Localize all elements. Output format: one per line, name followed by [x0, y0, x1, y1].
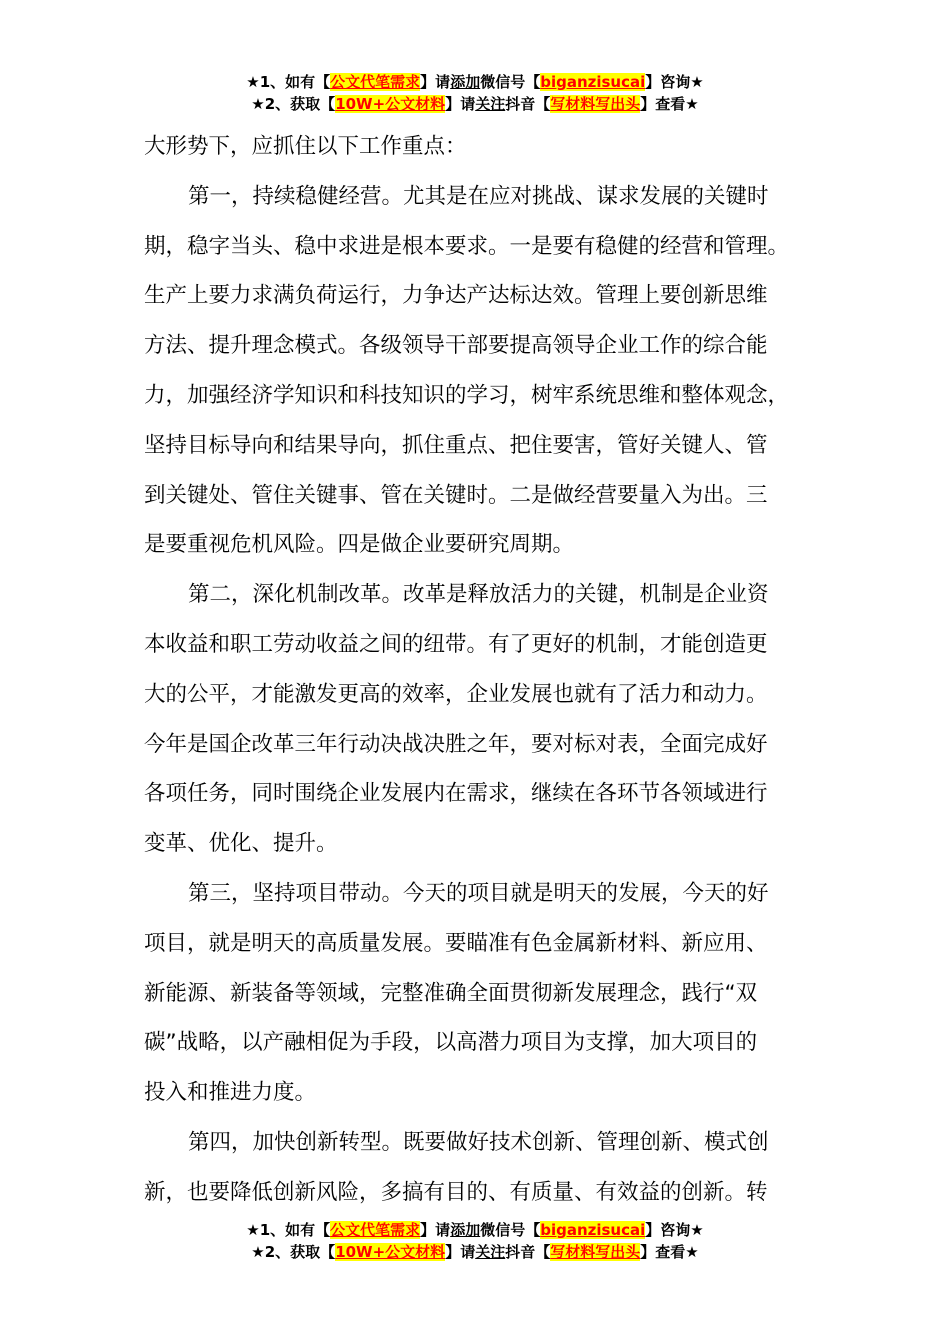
text-line: 第二，深化机制改革。改革是释放活力的关键，机制是企业资 — [144, 570, 834, 620]
header-banner: ★1、如有【公文代笔需求】请添加微信号【biganzisucai】咨询★ ★2、… — [0, 71, 950, 115]
highlight-wechat-id: biganzisucai — [540, 73, 645, 91]
text-line: 新能源、新装备等领域，完整准确全面贯彻新发展理念，践行“双 — [144, 969, 834, 1019]
text-line: 是要重视危机风险。四是做企业要研究周期。 — [144, 520, 834, 570]
paragraph-first: 第一，持续稳健经营。尤其是在应对挑战、谋求发展的关键时 期，稳字当头、稳中求进是… — [144, 172, 834, 570]
text-line: 第三，坚持项目带动。今天的项目就是明天的发展，今天的好 — [144, 869, 834, 919]
text-line: 方法、提升理念模式。各级领导干部要提高领导企业工作的综合能 — [144, 321, 834, 371]
text-line: 今年是国企改革三年行动决战决胜之年，要对标对表，全面完成好 — [144, 720, 834, 770]
text-line: 新，也要降低创新风险，多搞有目的、有质量、有效益的创新。转 — [144, 1168, 834, 1218]
text-line: 第四，加快创新转型。既要做好技术创新、管理创新、模式创 — [144, 1118, 834, 1168]
text-line: 大的公平，才能激发更高的效率，企业发展也就有了活力和动力。 — [144, 670, 834, 720]
underlined-add: 添加 — [450, 73, 480, 91]
paragraph-second: 第二，深化机制改革。改革是释放活力的关键，机制是企业资 本收益和职工劳动收益之间… — [144, 570, 834, 869]
banner-text: 】请 — [420, 1221, 450, 1239]
text-line: 坚持目标导向和结果导向，抓住重点、把住要害，管好关键人、管 — [144, 421, 834, 471]
banner-text: 抖音【 — [505, 1243, 550, 1261]
highlight-materials: 10W+公文材料 — [335, 95, 445, 113]
text-line: 生产上要力求满负荷运行，力争达产达标达效。管理上要创新思维 — [144, 271, 834, 321]
text-line: 大形势下，应抓住以下工作重点： — [144, 122, 834, 172]
paragraph-fourth: 第四，加快创新转型。既要做好技术创新、管理创新、模式创 新，也要降低创新风险，多… — [144, 1118, 834, 1218]
banner-text: 】请 — [420, 73, 450, 91]
highlight-ghostwriting: 公文代笔需求 — [330, 1221, 420, 1239]
underlined-add: 添加 — [450, 1221, 480, 1239]
header-banner-line-1: ★1、如有【公文代笔需求】请添加微信号【biganzisucai】咨询★ — [0, 71, 950, 93]
text-line: 项目，就是明天的高质量发展。要瞄准有色金属新材料、新应用、 — [144, 919, 834, 969]
banner-text: ★2、获取【 — [251, 1243, 335, 1261]
banner-text: 】查看★ — [640, 1243, 698, 1261]
text-line: 本收益和职工劳动收益之间的纽带。有了更好的机制，才能创造更 — [144, 620, 834, 670]
text-line: 碳”战略，以产融相促为手段，以高潜力项目为支撑，加大项目的 — [144, 1018, 834, 1068]
banner-text: 】请 — [445, 95, 475, 113]
header-banner-line-2: ★2、获取【10W+公文材料】请关注抖音【写材料写出头】查看★ — [0, 93, 950, 115]
highlight-douyin-account: 写材料写出头 — [550, 95, 640, 113]
banner-text: ★1、如有【 — [246, 73, 330, 91]
banner-text: 】咨询★ — [645, 73, 703, 91]
text-line: 期，稳字当头、稳中求进是根本要求。一是要有稳健的经营和管理。 — [144, 222, 834, 272]
text-line: 第一，持续稳健经营。尤其是在应对挑战、谋求发展的关键时 — [144, 172, 834, 222]
banner-text: 抖音【 — [505, 95, 550, 113]
highlight-ghostwriting: 公文代笔需求 — [330, 73, 420, 91]
banner-text: 】查看★ — [640, 95, 698, 113]
text-line: 各项任务，同时围绕企业发展内在需求，继续在各环节各领域进行 — [144, 769, 834, 819]
highlight-wechat-id: biganzisucai — [540, 1221, 645, 1239]
text-line: 到关键处、管住关键事、管在关键时。二是做经营要量入为出。三 — [144, 471, 834, 521]
footer-banner-line-2: ★2、获取【10W+公文材料】请关注抖音【写材料写出头】查看★ — [0, 1241, 950, 1263]
text-line: 投入和推进力度。 — [144, 1068, 834, 1118]
text-line: 力，加强经济学知识和科技知识的学习，树牢系统思维和整体观念， — [144, 371, 834, 421]
banner-text: 微信号【 — [480, 73, 540, 91]
highlight-douyin-account: 写材料写出头 — [550, 1243, 640, 1261]
paragraph-intro: 大形势下，应抓住以下工作重点： — [144, 122, 834, 172]
footer-banner: ★1、如有【公文代笔需求】请添加微信号【biganzisucai】咨询★ ★2、… — [0, 1219, 950, 1263]
banner-text: ★2、获取【 — [251, 95, 335, 113]
text-line: 变革、优化、提升。 — [144, 819, 834, 869]
banner-text: 微信号【 — [480, 1221, 540, 1239]
footer-banner-line-1: ★1、如有【公文代笔需求】请添加微信号【biganzisucai】咨询★ — [0, 1219, 950, 1241]
paragraph-third: 第三，坚持项目带动。今天的项目就是明天的发展，今天的好 项目，就是明天的高质量发… — [144, 869, 834, 1118]
document-body: 大形势下，应抓住以下工作重点： 第一，持续稳健经营。尤其是在应对挑战、谋求发展的… — [144, 122, 834, 1218]
banner-text: 】请 — [445, 1243, 475, 1261]
banner-text: ★1、如有【 — [246, 1221, 330, 1239]
underlined-follow: 关注 — [475, 1243, 505, 1261]
banner-text: 】咨询★ — [645, 1221, 703, 1239]
underlined-follow: 关注 — [475, 95, 505, 113]
highlight-materials: 10W+公文材料 — [335, 1243, 445, 1261]
